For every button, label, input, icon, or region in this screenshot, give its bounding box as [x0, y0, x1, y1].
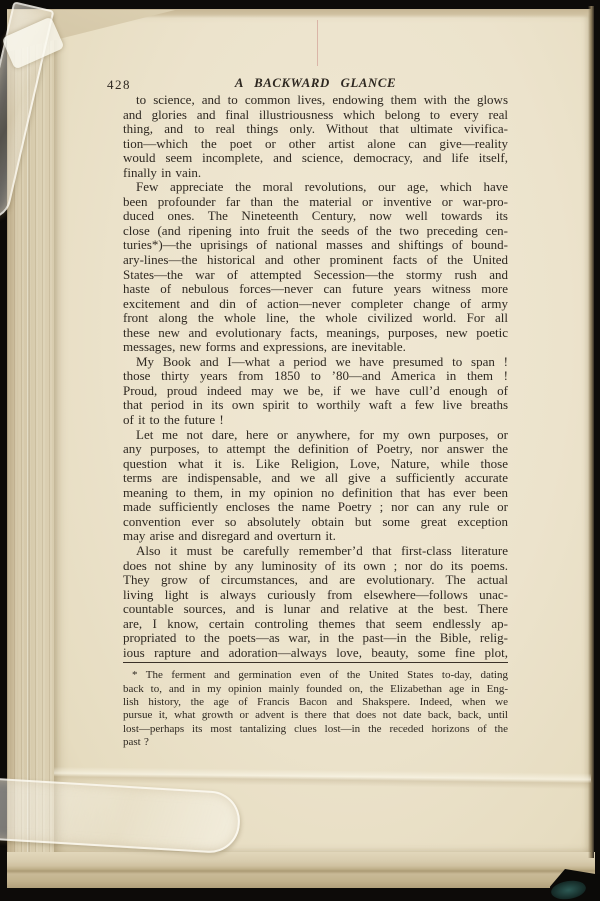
text-line: convention ever so absolutely obtain but…	[123, 515, 508, 530]
text-line: Let me not dare, here or anywhere, for m…	[123, 428, 508, 443]
text-line: countable sources, and is lunar and rela…	[123, 602, 508, 617]
text-line: thing, and to real things only. Without …	[123, 122, 508, 137]
running-title: A BACKWARD GLANCE	[123, 76, 508, 91]
scanned-book-page: 428 A BACKWARD GLANCE to science, and to…	[0, 0, 600, 901]
text-line: ary-lines—the historical and other promi…	[123, 253, 508, 268]
text-line: messages, new forms and expressions, are…	[123, 340, 508, 355]
paragraph: Also it must be carefully remember’d tha…	[123, 544, 508, 660]
page-number: 428	[107, 77, 131, 93]
text-line: close (and ripening into fruit the seeds…	[123, 224, 508, 239]
text-line: My Book and I—what a period we have pres…	[123, 355, 508, 370]
text-line: these new and evolutionary facts, meanin…	[123, 326, 508, 341]
text-line: been profounder far than the material or…	[123, 195, 508, 210]
printed-content: 428 A BACKWARD GLANCE to science, and to…	[123, 76, 508, 749]
page-stack-ridge	[27, 9, 30, 877]
text-line: haste of nebulous forces—never can futur…	[123, 282, 508, 297]
text-line: They grow of circumstances, and are evol…	[123, 573, 508, 588]
text-line: States—the war of attempted Secession—th…	[123, 268, 508, 283]
page-right-edge-shadow	[588, 6, 594, 858]
scan-artifact-line	[317, 20, 318, 66]
text-line: lish history, the age of Francis Bacon a…	[123, 696, 508, 709]
paragraph: to science, and to common lives, endowin…	[123, 93, 508, 180]
text-line: of it to the future !	[123, 413, 508, 428]
text-line: to science, and to common lives, endowin…	[123, 93, 508, 108]
text-line: Few appreciate the moral revolutions, ou…	[123, 180, 508, 195]
text-line: finally in vain.	[123, 166, 508, 181]
text-line: meaning to them, in my opinion no defini…	[123, 486, 508, 501]
text-line: question what it is. Like Religion, Love…	[123, 457, 508, 472]
text-line: pursue it, what growth or advent is ther…	[123, 709, 508, 722]
page-header: 428 A BACKWARD GLANCE	[123, 76, 508, 93]
text-line: past ?	[123, 736, 508, 749]
paragraph: Few appreciate the moral revolutions, ou…	[123, 180, 508, 355]
text-line: * The ferment and germination even of th…	[123, 669, 508, 682]
text-line: and glories and final illustriousness wh…	[123, 108, 508, 123]
paragraph: Let me not dare, here or anywhere, for m…	[123, 428, 508, 544]
text-line: lost—perhaps its most tantalizing clues …	[123, 723, 508, 736]
text-line: propriated to the poets—as war, in the p…	[123, 631, 508, 646]
text-line: terms are indispensable, and we all give…	[123, 471, 508, 486]
body-text: to science, and to common lives, endowin…	[123, 93, 508, 660]
text-line: tion—which the poet or other artist alon…	[123, 137, 508, 152]
text-line: does not shine by any luminosity of its …	[123, 559, 508, 574]
text-line: are, I know, certain controling themes t…	[123, 617, 508, 632]
paragraph: My Book and I—what a period we have pres…	[123, 355, 508, 428]
text-line: that period in its own spirit to worthil…	[123, 398, 508, 413]
text-line: would seem incomplete, and science, demo…	[123, 151, 508, 166]
text-line: may arise and disregard and overturn it.	[123, 529, 508, 544]
text-line: duced ones. The Nineteenth Century, now …	[123, 209, 508, 224]
text-line: front along the whole line, the whole ci…	[123, 311, 508, 326]
text-line: back to, and in my opinion mainly founde…	[123, 683, 508, 696]
text-line: living light is always curiously from el…	[123, 588, 508, 603]
text-line: ious rapture and adoration—always love, …	[123, 646, 508, 661]
text-line: made sufficiently encloses the name Poet…	[123, 500, 508, 515]
text-line: those thirty years from 1850 to ’80—and …	[123, 369, 508, 384]
text-line: excitement and din of action—never compl…	[123, 297, 508, 312]
text-line: Also it must be carefully remember’d tha…	[123, 544, 508, 559]
text-line: turies*)—the uprisings of national masse…	[123, 238, 508, 253]
footnote-separator	[123, 662, 508, 663]
text-line: any purposes, to attempt the definition …	[123, 442, 508, 457]
page-stack-bottom-edge	[7, 852, 595, 888]
text-line: Proud, proud indeed may we be, if we hav…	[123, 384, 508, 399]
footnote-text: * The ferment and germination even of th…	[123, 669, 508, 749]
